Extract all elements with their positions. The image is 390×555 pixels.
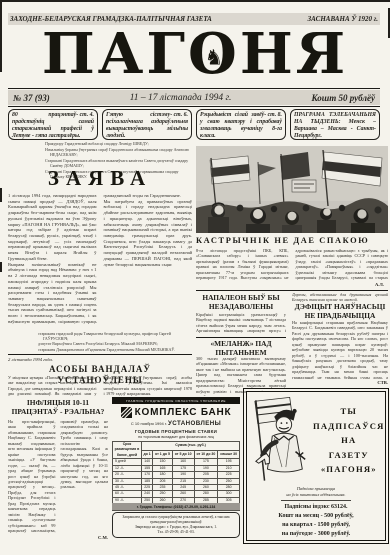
bank-date: С 10 ноября 1994 г.: [131, 421, 167, 426]
teaser-box-3: - ст. 8.Рэцыдывіст сілай завёў у сваю кв…: [196, 109, 286, 140]
statement-headline: ЗАЯВА: [8, 166, 192, 191]
vandals-body: У мінулым нумары «Пагоні» паведамлялася …: [8, 375, 192, 397]
bank-contact-bar: г. Гродно. Телефоны: (0152) 47-29-09, 4-…: [112, 503, 240, 510]
rates-col-header: от 1 до 5: [153, 450, 173, 459]
scan-mark-left-2: [0, 262, 2, 272]
issue-date: 11 – 17 лістапада 1994 г.: [130, 93, 232, 103]
bank-name-row: КОМПЛЕКС БАНК: [112, 405, 240, 419]
masthead-left: ПАГ: [42, 21, 188, 87]
bank-established-label: УСТАНОВЛЕНЫ: [168, 420, 221, 427]
rates-table-head: Срок размещения в банке, дней Сумма (тыс…: [113, 442, 240, 459]
bank-name: КОМПЛЕКС БАНК: [135, 407, 232, 418]
inflation-headline: ІНФЛЯЦЫЯ 10-11 ПРАЦЭНТАЎ - РЭАЛЬНА?: [8, 399, 108, 416]
subscription-ad-top: ТЫ ПАДПІСАЎСЯ НА ГАЗЕТУ «ПАГОНЯ»: [251, 395, 381, 485]
inflation-signature: С.М.: [58, 535, 108, 540]
teaser-page-ref: - ст. 4.: [76, 112, 94, 119]
october-headline: КАСТРЫЧНІК НЕ ДАЕ СПАКОЮ: [196, 236, 388, 246]
deficit-lead: Дарэчы, абсталяваньне для друкаваньня гр…: [292, 292, 388, 302]
rates-col-header: до 1: [142, 450, 153, 459]
napoleon-body: Кіраўнікі кастрычніцкіх урачыстасьцяў у …: [196, 312, 286, 334]
subscription-title-line: ТЫ: [340, 406, 357, 416]
rule-under-infobar: [8, 106, 380, 107]
statement-body: 1 лістапада 1994 года, напярэдадні народ…: [8, 193, 192, 329]
napoleon-headline: НАПАЛЕОН БЫЎ БЫ НЕЗАДАВОЛЕНЫ: [196, 294, 286, 311]
subscription-price-line: Кошт на месяц - 500 рублёў,: [251, 512, 381, 521]
signature-line: старшыня Дэмакратычнага аб'яднаньня Гара…: [38, 347, 190, 352]
deficit-headline: ДЭФІЦЫТ НАЯЎНАСЬЦІ НЕ ПРАДБАЧЫЦЦА: [292, 303, 388, 320]
bank-ad-header: ГЛАВНОЕ ГРОДНЕНСКОЕ ОБЛАСТНОЕ УПРАВЛЕНИЕ: [126, 399, 226, 403]
subscription-divider: [281, 500, 351, 501]
issue-info-bar: № 37 (93) 11 – 17 лістапада 1994 г. Кошт…: [8, 90, 380, 105]
deficit-signature: СТВ.: [340, 380, 388, 385]
rule-right-section: [196, 290, 388, 291]
october-signature: А.Л.: [330, 282, 384, 287]
issue-number: № 37 (93): [13, 93, 50, 103]
bank-rates-table: Срок размещения в банке, дней Сумма (тыс…: [112, 441, 240, 511]
rates-corner-header: Срок размещения в банке, дней: [113, 442, 142, 459]
signature-line: старшыня гарадской рады Таварыства белар…: [38, 331, 190, 341]
teaser-box-1: - ст. 4.80 працэнтаў прадстаўніц самай с…: [8, 109, 98, 140]
teaser-box-2: - ст. 6.Гэтую сістэму псіхалагічнага азд…: [102, 109, 192, 140]
masthead-title: ПАГО♞НЯ: [0, 22, 390, 86]
subscription-title-line: «ПАГОНЯ»: [321, 464, 377, 474]
teaser-box-tv-program: ПРАГРАМА ТЭЛЕБАЧАНЬНЯ НА ТЫДЗЕНЬ: Менск …: [290, 109, 380, 140]
addressee-line: Пракурору Гарадзенскай вобласці спадару …: [45, 141, 193, 146]
rule-above-melange: [196, 337, 286, 338]
rates-group-header: Сумма (тыс. руб.): [142, 442, 240, 451]
teaser-page-ref: - ст. 8.: [264, 112, 282, 119]
inflation-body: На прэс-канферэнцыі, якая прайшла ў аблв…: [8, 419, 108, 534]
addressee-line: Начальніку ўправы ўнутраных спраў Гарадз…: [45, 147, 193, 158]
demonstration-photo: [196, 146, 388, 233]
pahonia-knight-icon: ♞: [205, 47, 224, 68]
rule-under-masthead: [8, 88, 380, 89]
rates-col-header: свыше 30: [218, 450, 240, 459]
subscription-price-line: на квартал - 1500 рублёў,: [251, 521, 381, 530]
subscription-title-line: НА: [341, 435, 356, 445]
october-body: 8-га лістапада прадстаўнікі ПКБ, КПБ, «С…: [196, 248, 388, 282]
bank-contact: г. Гродно. Телефоны: (0152) 47-29-09, 4-…: [137, 505, 215, 509]
statement-date: 2 лістапада 1994 года.: [8, 357, 53, 362]
masthead-right: НЯ: [240, 21, 348, 87]
statement-signatures: старшыня гарадской рады Таварыства белар…: [38, 331, 190, 352]
bank-note-box: Запрашаем да сталага супрацоўніцтва рэкл…: [112, 512, 240, 538]
deficit-body: На канфэрэнцыі старшыня праўленьня Нацба…: [292, 320, 388, 379]
melange-headline: «МЕЛАНЖ» ПАД ПЫТАНЬНЕМ: [196, 340, 286, 357]
teaser-page-ref: - ст. 6.: [170, 112, 188, 119]
bank-date-row: С 10 ноября 1994 г. УСТАНОВЛЕНЫ: [112, 420, 240, 427]
subscription-index: Падпісны індэкс 63124.: [251, 503, 381, 512]
rates-col-header: от 10 до 30: [194, 450, 218, 459]
bank-logo-icon: [121, 407, 132, 418]
teaser-row: - ст. 4.80 працэнтаў прадстаўніц самай с…: [8, 109, 380, 140]
rates-col-header: от 5 до 10: [172, 450, 194, 459]
subscription-note: Падпіска прымаецца на ўсіх паштовых аддз…: [251, 486, 381, 497]
rule-left-section: [8, 354, 192, 355]
scan-edge-top: [0, 0, 390, 2]
melange-body: 300 тысяч даляраў каштавала вытворчаму а…: [196, 356, 286, 396]
subscription-ad: ТЫ ПАДПІСАЎСЯ НА ГАЗЕТУ «ПАГОНЯ» Падпіск…: [246, 391, 386, 541]
scan-mark-left: [0, 188, 2, 202]
bank-rates-title: ГОДОВЫЕ ПРОЦЕНТНЫЕ СТАВКИ: [112, 429, 240, 434]
subscription-prices: Падпісны індэкс 63124. Кошт на месяц - 5…: [251, 503, 381, 539]
demonstration-photo-image: [196, 146, 388, 233]
bank-ad-header-bar: ГЛАВНОЕ ГРОДНЕНСКОЕ ОБЛАСТНОЕ УПРАВЛЕНИЕ: [112, 397, 240, 404]
issue-price: Кошт 50 рублёў: [311, 93, 375, 103]
teaser-text: ПРАГРАМА ТЭЛЕБАЧАНЬНЯ НА ТЫДЗЕНЬ: Менск …: [294, 112, 376, 139]
newspaper-front-page: ЗАХОДНЕ-БЕЛАРУСКАЯ ГРАМАДЗКА-ПАЛІТЫЧНАЯ …: [0, 0, 390, 555]
masthead-o: О♞: [188, 22, 240, 86]
subscription-title-line: ПАДПІСАЎСЯ: [313, 421, 385, 431]
subscription-title: ТЫ ПАДПІСАЎСЯ НА ГАЗЕТУ «ПАГОНЯ»: [313, 395, 385, 485]
subscription-title-line: ГАЗЕТУ: [329, 450, 369, 460]
subscription-price-line: на паўгодзе - 3000 рублёў.: [251, 530, 381, 539]
subscription-knight-illustration: [251, 395, 311, 485]
bank-rates-subtitle: по «срочным вкладам» для физических лиц: [112, 435, 240, 439]
